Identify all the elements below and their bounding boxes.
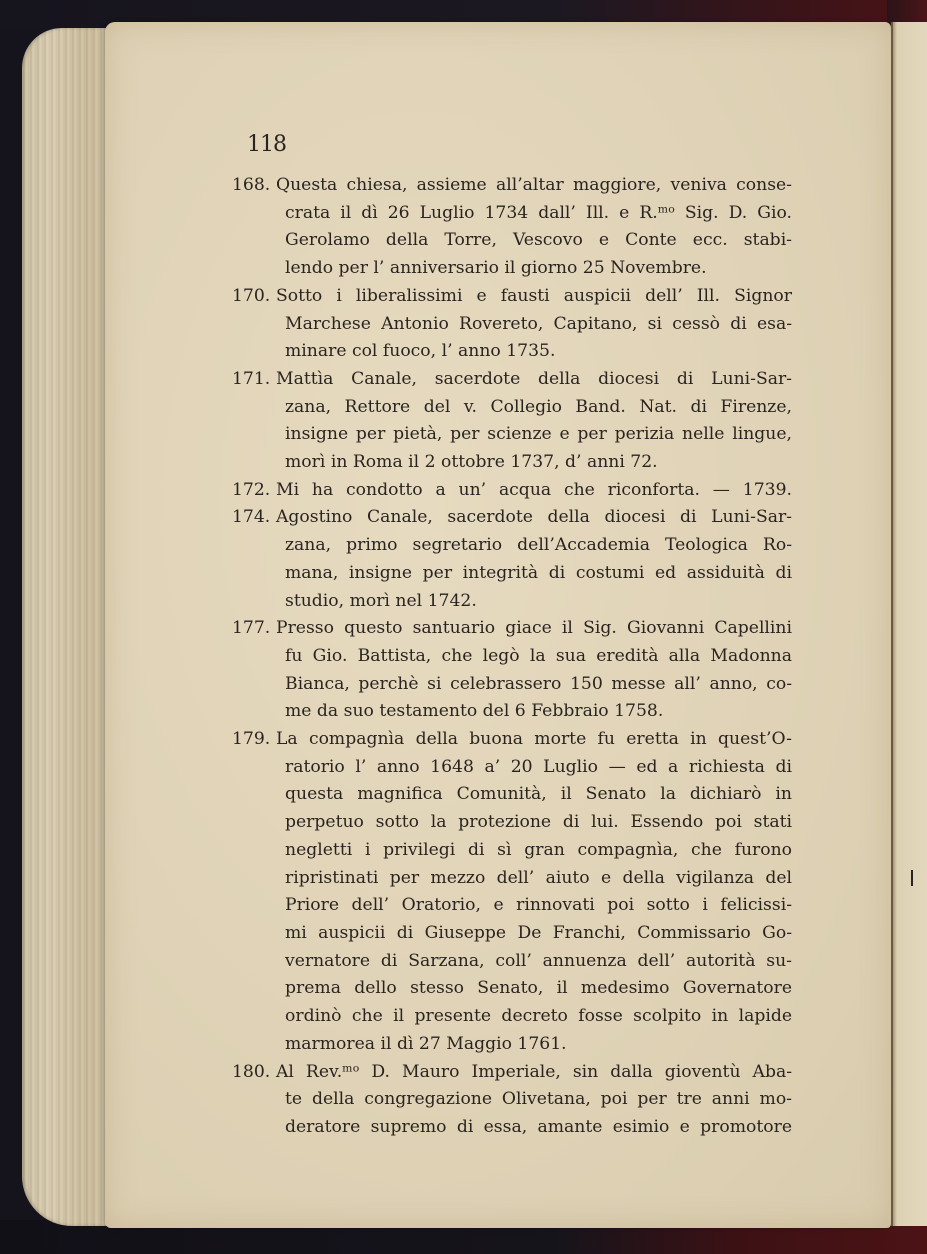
entry-174: 174. Agostino Canale, sacerdote della di… xyxy=(232,504,792,615)
entry-line: crata il dì 26 Luglio 1734 dall’ Ill. e … xyxy=(232,200,792,228)
facing-page-mark xyxy=(911,870,913,886)
entry-line: vernatore di Sarzana, coll’ annuenza del… xyxy=(232,948,792,976)
page-stack-edges xyxy=(22,28,117,1226)
entry-line: Sotto i liberalissimi e fausti auspicii … xyxy=(232,283,792,311)
entry-line: Agostino Canale, sacerdote della diocesi… xyxy=(232,504,792,532)
entry-170: 170. Sotto i liberalissimi e fausti ausp… xyxy=(232,283,792,366)
entry-line: studio, morì nel 1742. xyxy=(232,588,792,616)
entry-179: 179. La compagnìa della buona morte fu e… xyxy=(232,726,792,1058)
facing-page-edge xyxy=(891,22,927,1226)
entry-number: 177. xyxy=(232,615,276,643)
entry-number: 171. xyxy=(232,366,276,394)
entry-line: Bianca, perchè si celebrassero 150 messe… xyxy=(232,671,792,699)
entry-line: Gerolamo della Torre, Vescovo e Conte ec… xyxy=(232,227,792,255)
entry-172: 172. Mi ha condotto a un’ acqua che rico… xyxy=(232,477,792,505)
entry-line: lendo per l’ anniversario il giorno 25 N… xyxy=(232,255,792,283)
entry-180: 180. Al Rev.ᵐᵒ D. Mauro Imperiale, sin d… xyxy=(232,1059,792,1142)
entry-number: 172. xyxy=(232,477,276,505)
entry-line: Priore dell’ Oratorio, e rinnovati poi s… xyxy=(232,892,792,920)
entry-line: perpetuo sotto la protezione di lui. Ess… xyxy=(232,809,792,837)
entry-line: marmorea il dì 27 Maggio 1761. xyxy=(232,1031,792,1059)
entry-168: 168. Questa chiesa, assieme all’altar ma… xyxy=(232,172,792,283)
entry-line: me da suo testamento del 6 Febbraio 1758… xyxy=(232,698,792,726)
entry-line: Mi ha condotto a un’ acqua che riconfort… xyxy=(232,477,792,505)
entry-number: 179. xyxy=(232,726,276,754)
entry-line: zana, Rettore del v. Collegio Band. Nat.… xyxy=(232,394,792,422)
entry-line: Presso questo santuario giace il Sig. Gi… xyxy=(232,615,792,643)
entry-number: 170. xyxy=(232,283,276,311)
entry-number: 180. xyxy=(232,1059,276,1087)
entry-line: La compagnìa della buona morte fu eretta… xyxy=(232,726,792,754)
entry-line: ripristinati per mezzo dell’ aiuto e del… xyxy=(232,865,792,893)
entry-line: te della congregazione Olivetana, poi pe… xyxy=(232,1086,792,1114)
entry-line: minare col fuoco, l’ anno 1735. xyxy=(232,338,792,366)
entry-line: Marchese Antonio Rovereto, Capitano, si … xyxy=(232,311,792,339)
entry-line: prema dello stesso Senato, il medesimo G… xyxy=(232,975,792,1003)
entry-line: fu Gio. Battista, che legò la sua eredit… xyxy=(232,643,792,671)
entry-line: zana, primo segretario dell’Accademia Te… xyxy=(232,532,792,560)
entry-line: Al Rev.ᵐᵒ D. Mauro Imperiale, sin dalla … xyxy=(232,1059,792,1087)
entry-line: Questa chiesa, assieme all’altar maggior… xyxy=(232,172,792,200)
entry-number: 174. xyxy=(232,504,276,532)
entry-171: 171. Mattìa Canale, sacerdote della dioc… xyxy=(232,366,792,477)
entry-line: questa magnifica Comunità, il Senato la … xyxy=(232,781,792,809)
entry-line: morì in Roma il 2 ottobre 1737, d’ anni … xyxy=(232,449,792,477)
entry-line: negletti i privilegi di sì gran compagnì… xyxy=(232,837,792,865)
entry-line: Mattìa Canale, sacerdote della diocesi d… xyxy=(232,366,792,394)
entry-line: insigne per pietà, per scienze e per per… xyxy=(232,421,792,449)
entry-line: mi auspicii di Giuseppe De Franchi, Comm… xyxy=(232,920,792,948)
entry-line: ratorio l’ anno 1648 a’ 20 Luglio — ed a… xyxy=(232,754,792,782)
entry-line: deratore supremo di essa, amante esimio … xyxy=(232,1114,792,1142)
entry-line: mana, insigne per integrità di costumi e… xyxy=(232,560,792,588)
entry-number: 168. xyxy=(232,172,276,200)
entries-list: 168. Questa chiesa, assieme all’altar ma… xyxy=(232,172,792,1142)
entry-line: ordinò che il presente decreto fosse sco… xyxy=(232,1003,792,1031)
entry-177: 177. Presso questo santuario giace il Si… xyxy=(232,615,792,726)
page-number: 118 xyxy=(247,132,286,157)
